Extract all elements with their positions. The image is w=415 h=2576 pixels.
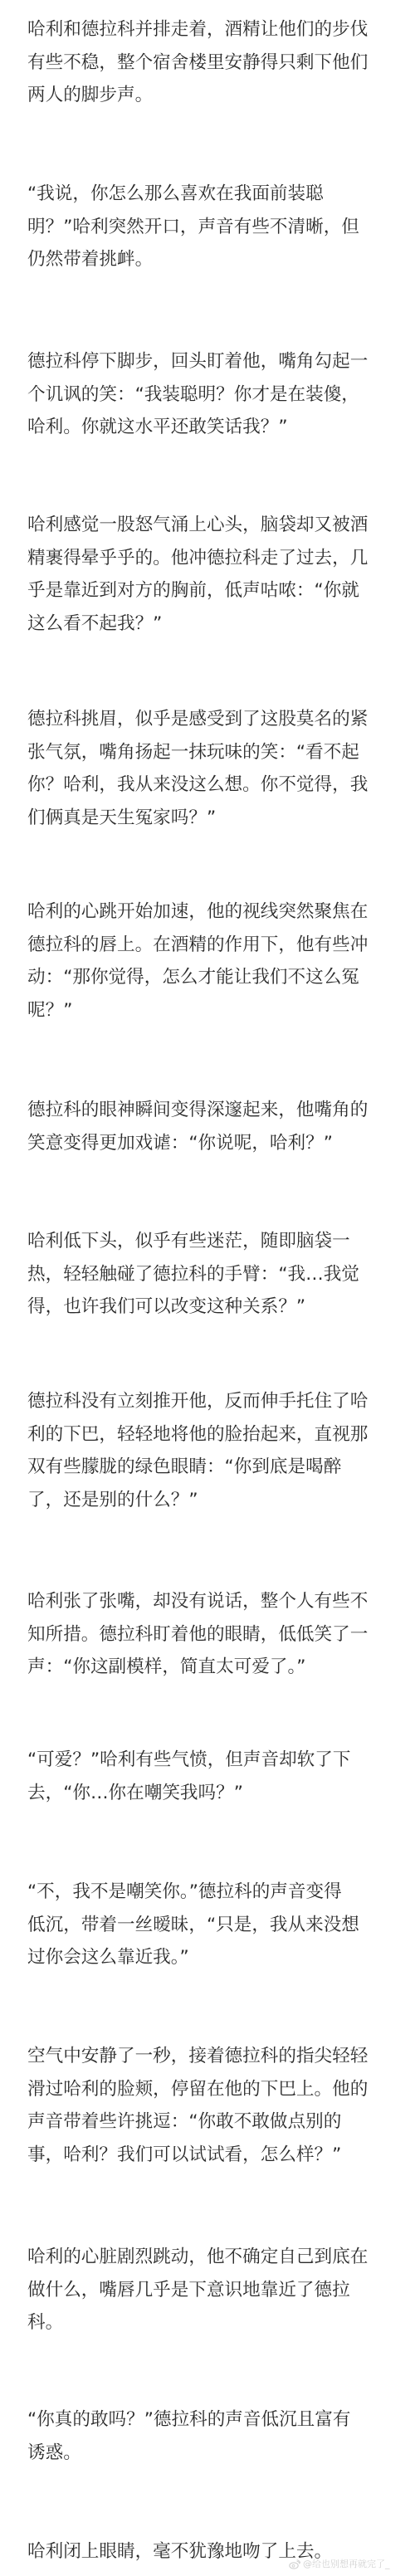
story-paragraph: 哈利张了张嘴，却没有说话，整个人有些不知所措。德拉科盯着他的眼睛，低低笑了一声：… — [27, 1585, 376, 1684]
story-paragraph: 哈利低下头，似乎有些迷茫，随即脑袋一热，轻轻触碰了德拉科的手臂：“我…我觉得，也… — [27, 1225, 376, 1324]
paragraph-line: 哈利。你就这水平还敢笑话我？” — [27, 411, 376, 444]
paragraph-line: 了，还是别的什么？” — [27, 1484, 376, 1517]
story-paragraph: “不，我不是嘲笑你。”德拉科的声音变得低沉，带着一丝暧昧，“只是，我从来没想过你… — [27, 1876, 376, 1974]
paragraph-line: 事，哈利？我们可以试试看，怎么样？” — [27, 2139, 376, 2172]
paragraph-line: 哈利低下头，似乎有些迷茫，随即脑袋一 — [27, 1225, 376, 1258]
paragraph-line: 哈利张了张嘴，却没有说话，整个人有些不 — [27, 1585, 376, 1618]
paragraph-line: 哈利和德拉科并排走着，酒精让他们的步伐 — [27, 13, 376, 46]
article-page: 哈利和德拉科并排走着，酒精让他们的步伐有些不稳，整个宿舍楼里安静得只剩下他们两人… — [0, 0, 415, 2576]
paragraph-line: 精裹得晕乎乎的。他冲德拉科走了过去，几 — [27, 542, 376, 575]
paragraph-line: 哈利的心跳开始加速，他的视线突然聚焦在 — [27, 895, 376, 929]
paragraph-line: 这么看不起我？” — [27, 607, 376, 641]
paragraph-line: 得，也许我们可以改变这种关系？” — [27, 1290, 376, 1324]
paragraph-line: 诱惑。 — [27, 2437, 376, 2470]
paragraph-line: 哈利的心脏剧烈跳动，他不确定自己到底在 — [27, 2241, 376, 2274]
paragraph-line: 你？哈利，我从来没这么想。你不觉得，我 — [27, 768, 376, 802]
paragraph-line: 声音带着些许挑逗：“你敢不敢做点别的 — [27, 2105, 376, 2139]
paragraph-line: 声：“你这副模样，简直太可爱了。” — [27, 1651, 376, 1684]
paragraph-line: 们俩真是天生冤家吗？” — [27, 802, 376, 835]
paragraph-line: 个讥讽的笑：“我装聪明？你才是在装傻， — [27, 378, 376, 412]
paragraph-line: 滑过哈利的脸颊，停留在他的下巴上。他的 — [27, 2073, 376, 2106]
paragraph-line: 乎是靠近到对方的胸前，低声咕哝：“你就 — [27, 574, 376, 607]
story-paragraph: “可爱？”哈利有些气愤，但声音却软了下去，“你…你在嘲笑我吗？” — [27, 1744, 376, 1809]
story-paragraph: “我说，你怎么那么喜欢在我面前装聪明？”哈利突然开口，声音有些不清晰，但仍然带着… — [27, 178, 376, 276]
paragraph-line: “你真的敢吗？”德拉科的声音低沉且富有 — [27, 2403, 376, 2437]
paragraph-line: “不，我不是嘲笑你。”德拉科的声音变得 — [27, 1876, 376, 1909]
watermark-username: @给也别想再就完了_ — [303, 2559, 390, 2570]
weibo-logo-icon — [289, 2559, 300, 2569]
paragraph-line: 热，轻轻触碰了德拉科的手臂：“我…我觉 — [27, 1258, 376, 1291]
paragraph-line: 德拉科的唇上。在酒精的作用下，他有些冲 — [27, 929, 376, 962]
paragraph-line: 有些不稳，整个宿舍楼里安静得只剩下他们 — [27, 46, 376, 80]
paragraph-line: 两人的脚步声。 — [27, 79, 376, 112]
paragraph-line: 哈利感觉一股怒气涌上心头，脑袋却又被酒 — [27, 509, 376, 542]
paragraph-line: 德拉科挑眉，似乎是感受到了这股莫名的紧 — [27, 703, 376, 736]
paragraph-line: 低沉，带着一丝暧昧，“只是，我从来没想 — [27, 1909, 376, 1942]
paragraph-line: 过你会这么靠近我。” — [27, 1941, 376, 1974]
paragraph-line: 动：“那你觉得，怎么才能让我们不这么冤 — [27, 961, 376, 994]
story-paragraph: “你真的敢吗？”德拉科的声音低沉且富有诱惑。 — [27, 2403, 376, 2469]
paragraph-line: 双有些朦胧的绿色眼睛：“你到底是喝醉 — [27, 1451, 376, 1484]
story-paragraph: 空气中安静了一秒，接着德拉科的指尖轻轻滑过哈利的脸颊，停留在他的下巴上。他的声音… — [27, 2040, 376, 2171]
story-paragraph: 哈利和德拉科并排走着，酒精让他们的步伐有些不稳，整个宿舍楼里安静得只剩下他们两人… — [27, 13, 376, 112]
story-paragraph: 哈利感觉一股怒气涌上心头，脑袋却又被酒精裹得晕乎乎的。他冲德拉科走了过去，几乎是… — [27, 509, 376, 640]
story-paragraph: 德拉科的眼神瞬间变得深邃起来，他嘴角的笑意变得更加戏谑：“你说呢，哈利？” — [27, 1094, 376, 1159]
paragraph-line: 张气氛，嘴角扬起一抹玩味的笑：“看不起 — [27, 736, 376, 769]
paragraph-line: 呢？” — [27, 994, 376, 1027]
story-paragraph: 德拉科没有立刻推开他，反而伸手托住了哈利的下巴，轻轻地将他的脸抬起来，直视那双有… — [27, 1385, 376, 1516]
paragraph-line: “可爱？”哈利有些气愤，但声音却软了下 — [27, 1744, 376, 1777]
paragraph-line: 知所措。德拉科盯着他的眼睛，低低笑了一 — [27, 1618, 376, 1651]
paragraph-line: 利的下巴，轻轻地将他的脸抬起来，直视那 — [27, 1418, 376, 1451]
story-paragraph: 哈利的心跳开始加速，他的视线突然聚焦在德拉科的唇上。在酒精的作用下，他有些冲动：… — [27, 895, 376, 1027]
paragraph-line: 明？”哈利突然开口，声音有些不清晰，但 — [27, 211, 376, 244]
story-paragraph: 德拉科停下脚步，回头盯着他，嘴角勾起一个讥讽的笑：“我装聪明？你才是在装傻，哈利… — [27, 345, 376, 444]
paragraph-line: 德拉科停下脚步，回头盯着他，嘴角勾起一 — [27, 345, 376, 378]
paragraph-line: “我说，你怎么那么喜欢在我面前装聪 — [27, 178, 376, 211]
paragraph-line: 德拉科没有立刻推开他，反而伸手托住了哈 — [27, 1385, 376, 1418]
paragraph-line: 德拉科的眼神瞬间变得深邃起来，他嘴角的 — [27, 1094, 376, 1127]
paragraph-line: 空气中安静了一秒，接着德拉科的指尖轻轻 — [27, 2040, 376, 2073]
paragraph-line: 去，“你…你在嘲笑我吗？” — [27, 1777, 376, 1810]
story-paragraph: 德拉科挑眉，似乎是感受到了这股莫名的紧张气氛，嘴角扬起一抹玩味的笑：“看不起你？… — [27, 703, 376, 834]
paragraph-line: 做什么，嘴唇几乎是下意识地靠近了德拉 — [27, 2274, 376, 2307]
watermark: @给也别想再就完了_ — [289, 2559, 390, 2570]
paragraph-line: 科。 — [27, 2306, 376, 2339]
paragraph-line: 笑意变得更加戏谑：“你说呢，哈利？” — [27, 1127, 376, 1160]
story-paragraph: 哈利的心脏剧烈跳动，他不确定自己到底在做什么，嘴唇几乎是下意识地靠近了德拉科。 — [27, 2241, 376, 2339]
paragraph-line: 仍然带着挑衅。 — [27, 243, 376, 276]
